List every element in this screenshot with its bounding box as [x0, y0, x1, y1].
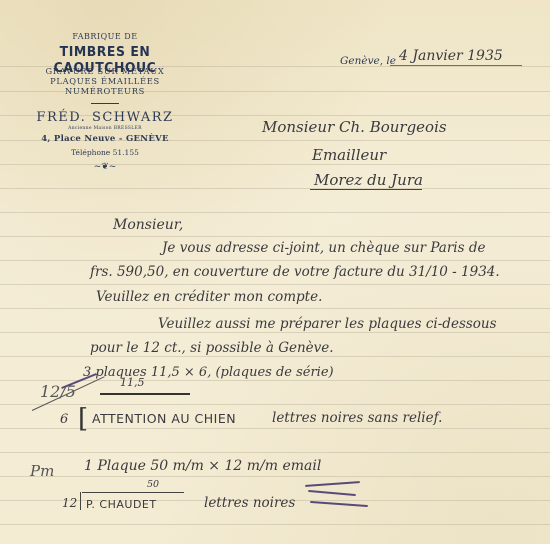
body-line-3: Veuillez en créditer mon compte. [96, 289, 322, 305]
order-item-2-qty: 6 [60, 412, 68, 427]
dateline-underline [390, 65, 522, 66]
ruled-line [0, 524, 550, 525]
body-line-2: frs. 590,50, en couverture de votre fact… [90, 264, 500, 280]
ruled-line [0, 476, 550, 477]
order-item-3-dim-12: 12 [62, 496, 77, 510]
letterhead-fabrique-de: FABRIQUE DE [0, 32, 210, 41]
letterhead-owner: FRÉD. SCHWARZ [0, 110, 210, 125]
order-item-2-text: ATTENTION AU CHIEN [92, 411, 236, 426]
recipient-name: Monsieur Ch. Bourgeois [262, 118, 447, 136]
letterhead-divider [91, 103, 119, 104]
ruled-line [0, 452, 550, 453]
letterhead-ancienne-maison: Ancienne Maison BRESSLER [0, 126, 210, 131]
order-item-3-text: 1 Plaque 50 m/m × 12 m/m email [84, 458, 321, 474]
ruled-line [0, 260, 550, 261]
order-item-3-bracket [80, 492, 81, 510]
recipient-profession: Emailleur [312, 146, 386, 164]
letterhead-service-1: GRAVURE SUR MÉTAUX [0, 66, 210, 76]
order-item-3-note: lettres noires [204, 495, 295, 511]
letterhead-address: 4, Place Neuve - GENÈVE [0, 134, 210, 144]
body-line-4: Veuillez aussi me préparer les plaques c… [158, 316, 497, 332]
bracket-mark: [ [78, 404, 88, 434]
order-item-1-dim-note: 11,5 [120, 376, 145, 389]
ruled-line [0, 212, 550, 213]
dateline-prefix: Genève, le [340, 55, 396, 67]
salutation: Monsieur, [113, 217, 183, 233]
ruled-line [0, 188, 550, 189]
order-item-3-content: P. CHAUDET [86, 498, 157, 511]
order-item-3-margin: Pm [30, 462, 54, 480]
dateline-date: 4 Janvier 1935 [399, 48, 503, 64]
ruled-line [0, 308, 550, 309]
order-item-1-underline [100, 393, 190, 395]
body-line-1: Je vous adresse ci-joint, un chèque sur … [162, 240, 485, 256]
ruled-line [0, 236, 550, 237]
letterhead-service-2: PLAQUES ÉMAILLÉES [0, 76, 210, 86]
body-line-5: pour le 12 ct., si possible à Genève. [90, 340, 334, 356]
recipient-city-underline [310, 189, 422, 190]
ruled-line [0, 284, 550, 285]
ruled-line [0, 332, 550, 333]
order-item-3-dim-50: 50 [147, 479, 159, 490]
recipient-city: Morez du Jura [314, 171, 423, 189]
letterhead-service-3: NUMÉROTEURS [0, 86, 210, 96]
order-item-3-underline [82, 492, 184, 493]
letterhead-telephone: Téléphone 51.155 [0, 148, 210, 157]
ruled-line [0, 356, 550, 357]
order-item-2-note: lettres noires sans relief. [272, 410, 442, 426]
ornament-icon: ~❦~ [0, 162, 210, 172]
